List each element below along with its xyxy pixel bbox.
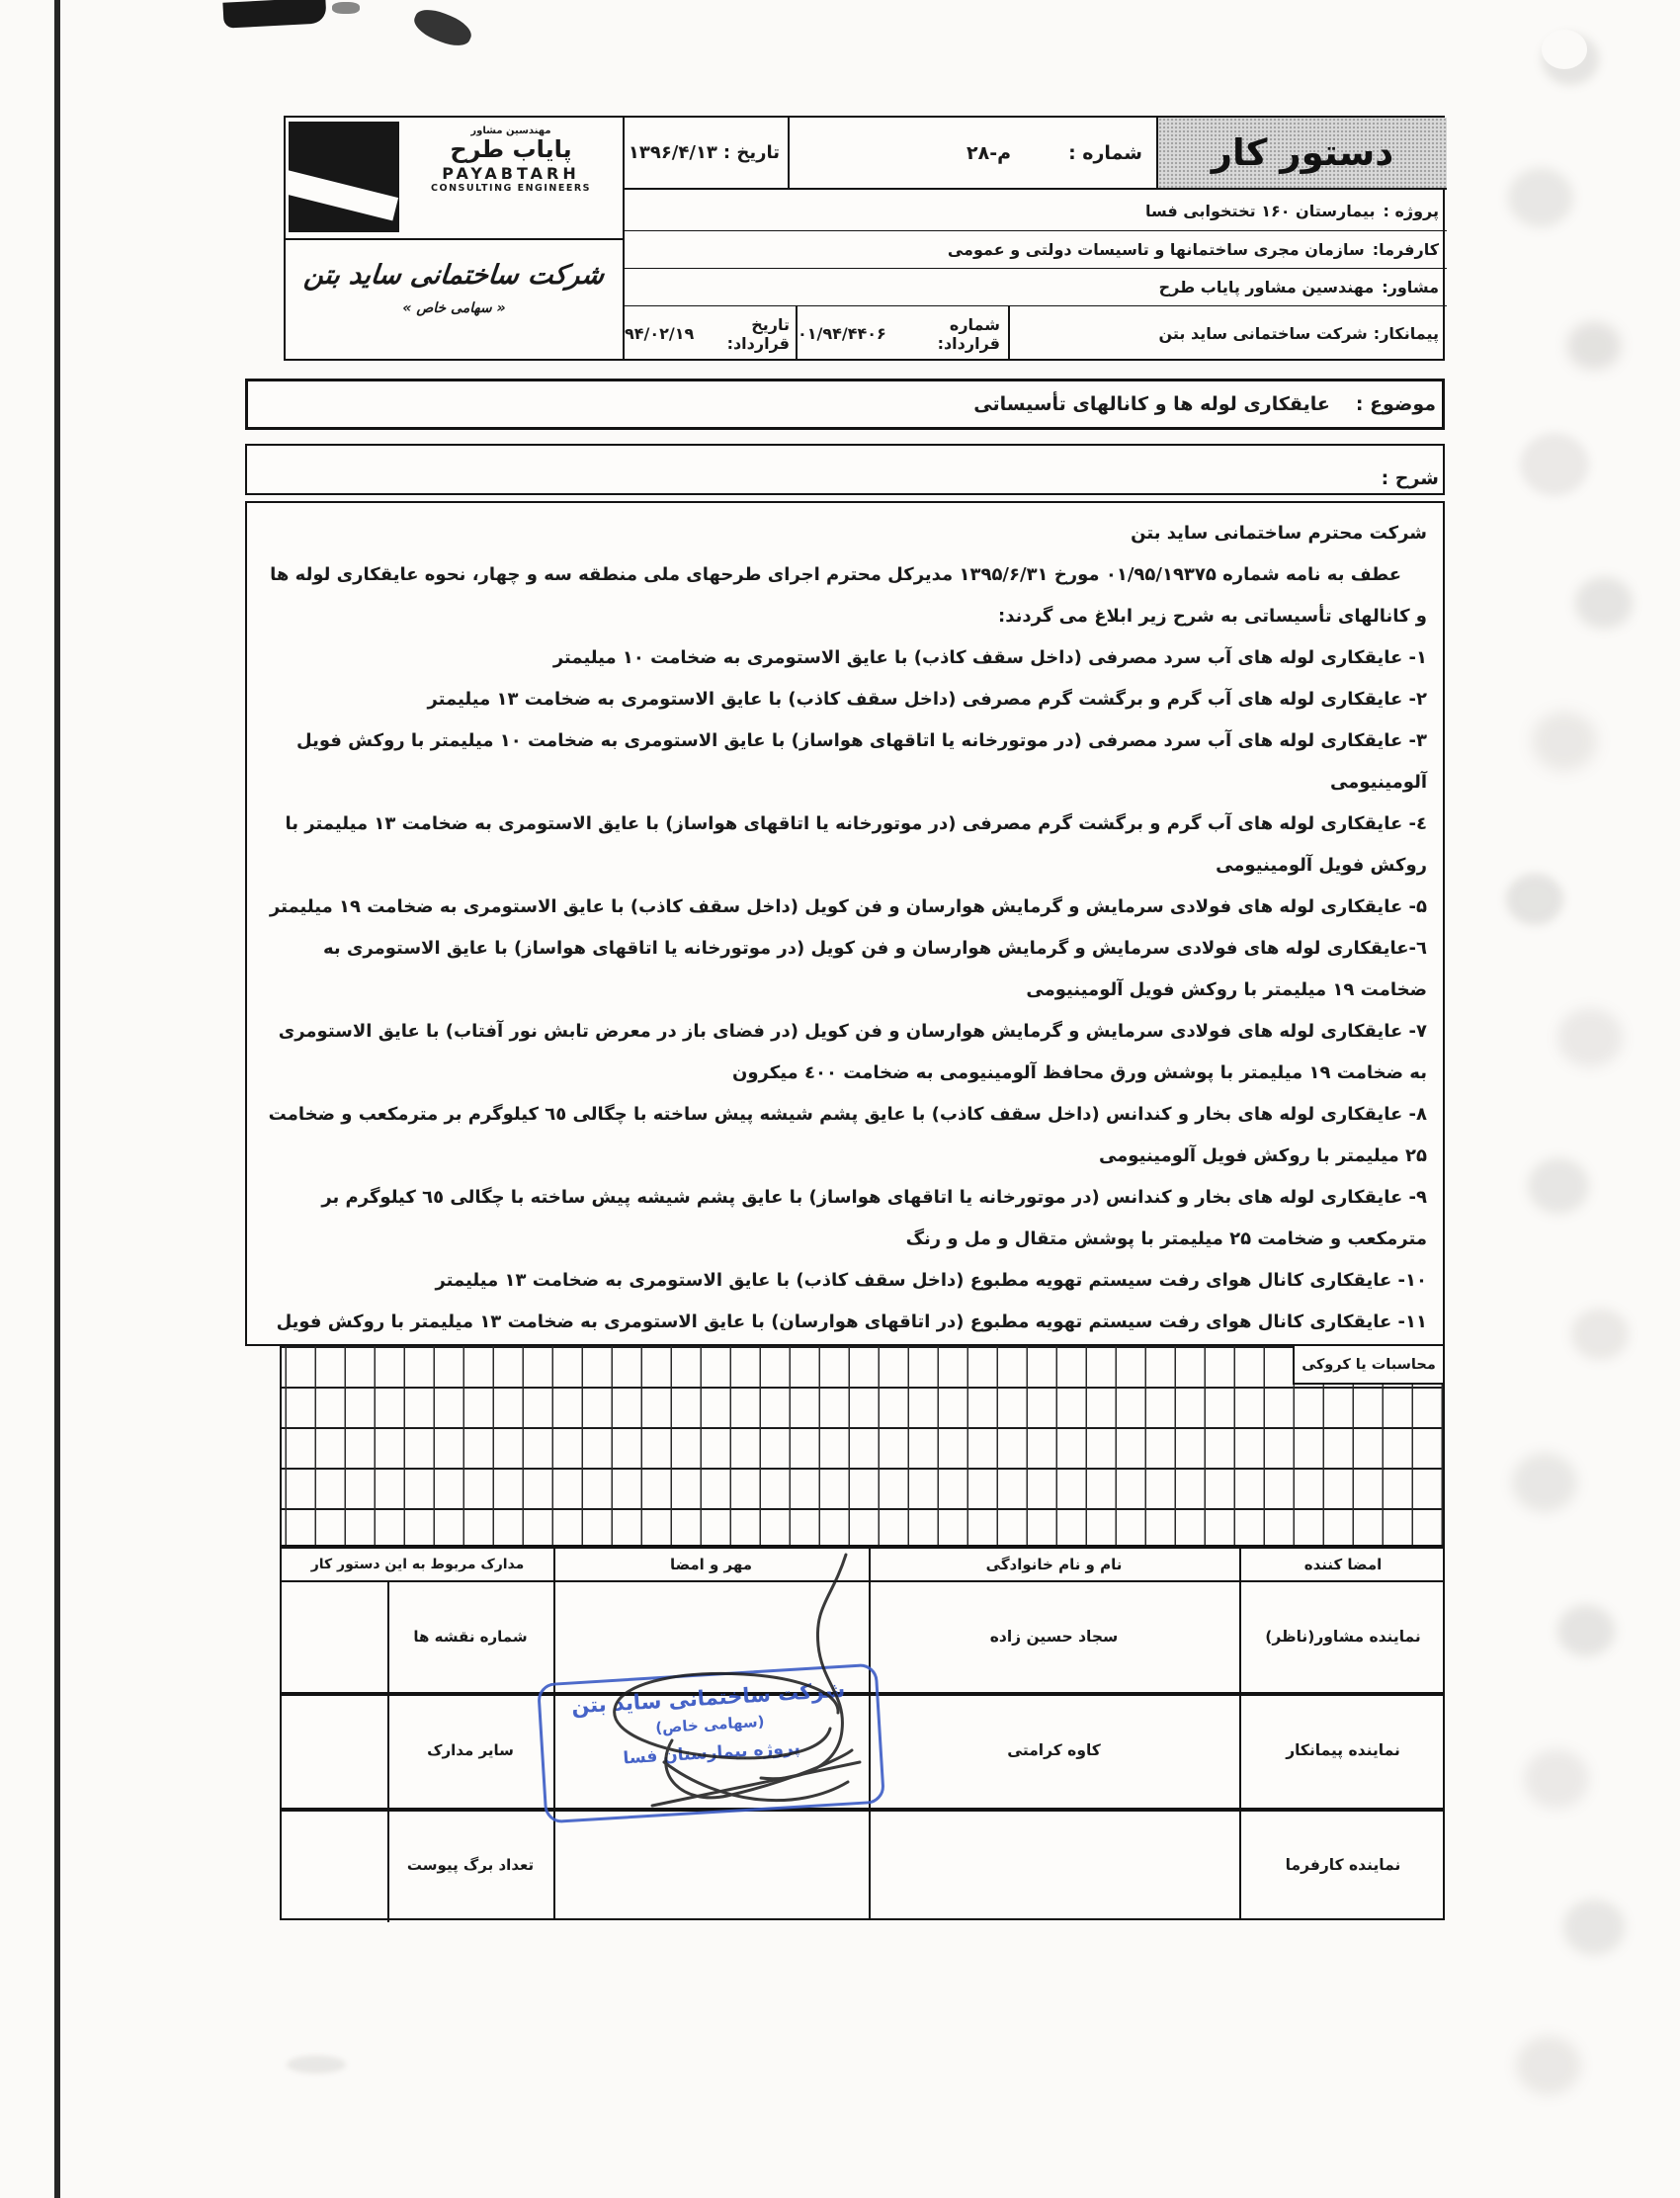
doc-label-drawing-numbers: شماره نقشه ها — [387, 1580, 553, 1692]
header-table: مهندسین مشاور پایاب طرح PAYABTARH CONSUL… — [284, 116, 1445, 361]
scan-smudges — [1542, 30, 1587, 69]
scan-artifact — [222, 0, 326, 29]
consultant-value: مهندسین مشاور پایاب طرح — [1159, 278, 1375, 296]
client-label: کارفرما: — [1373, 240, 1439, 259]
description-label: شرح : — [1382, 467, 1439, 489]
project-label: پروژه : — [1383, 202, 1439, 220]
client-row: کارفرما: سازمان مجری ساختمانها و تاسیسات… — [625, 231, 1447, 269]
logo-text-persian: پایاب طرح — [402, 136, 620, 164]
contract-number-cell: شماره قرارداد: ۰۱/۹۴/۴۴۰۶ — [796, 306, 1010, 361]
description-body: شرکت محترم ساختمانی ساید بتن عطف به نامه… — [245, 501, 1445, 1346]
description-item: ۵- عایقکاری لوله های فولادی سرمایش و گرم… — [257, 887, 1427, 928]
number-value: م-۲۸ — [966, 142, 1011, 164]
doc-label-attached-sheets: تعداد برگ پیوست — [387, 1808, 553, 1922]
scan-artifact — [410, 4, 475, 51]
number-label: شماره : — [1068, 142, 1142, 164]
logo-text-latin: PAYABTARH — [402, 164, 620, 183]
date-value: ۱۳۹۶/۴/۱۳ — [629, 142, 717, 163]
form-number-cell: شماره : م-۲۸ — [788, 118, 1156, 190]
description-label-row: شرح : — [245, 444, 1445, 495]
contract-date-cell: تاریخ قرارداد: ۹۴/۰۲/۱۹ — [625, 306, 796, 361]
scan-edge-line — [54, 0, 60, 2198]
doc-label-other-documents: سایر مدارک — [387, 1692, 553, 1808]
description-item: ۹- عایقکاری لوله های بخار و کندانس (در م… — [257, 1177, 1427, 1260]
logo-stripe — [289, 169, 398, 221]
header-signer: امضا کننده — [1239, 1549, 1447, 1580]
handwritten-signature — [534, 1547, 880, 1828]
description-item: ۱- عایقکاری لوله های آب سرد مصرفی (داخل … — [257, 637, 1427, 679]
client-value: سازمان مجری ساختمانها و تاسیسات دولتی و … — [948, 240, 1365, 259]
subject-row: موضوع : عایقکاری لوله ها و کانالهای تأسی… — [245, 379, 1445, 430]
description-item: ۳- عایقکاری لوله های آب سرد مصرفی (در مو… — [257, 720, 1427, 803]
description-intro-line: عطف به نامه شماره ۰۱/۹۵/۱۹۳۷۵ مورخ ۱۳۹۵/… — [257, 554, 1427, 637]
description-intro-line: شرکت محترم ساختمانی ساید بتن — [257, 513, 1427, 554]
contractor-cell: پیمانکار: شرکت ساختمانی ساید بتن — [1010, 306, 1447, 361]
signer-name-contractor: کاوه کرامتی — [869, 1692, 1239, 1808]
description-item: ۱۰- عایقکاری کانال هوای رفت سیستم تهویه … — [257, 1260, 1427, 1302]
contractor-value: شرکت ساختمانی ساید بتن — [1158, 324, 1367, 343]
contractor-row: پیمانکار: شرکت ساختمانی ساید بتن شماره ق… — [625, 306, 1447, 361]
contract-number-label: شماره قرارداد: — [892, 315, 1000, 353]
signer-role-client: نماینده کارفرما — [1239, 1808, 1447, 1922]
scan-artifact — [332, 2, 360, 14]
contractor-company-type: « سهامی خاص » — [286, 300, 623, 316]
subject-value: عایقکاری لوله ها و کانالهای تأسیساتی — [973, 393, 1330, 415]
description-item: ٦-عایقکاری لوله های فولادی سرمایش و گرما… — [257, 928, 1427, 1011]
consultant-logo-cell: مهندسین مشاور پایاب طرح PAYABTARH CONSUL… — [286, 118, 625, 240]
contract-number-value: ۰۱/۹۴/۴۴۰۶ — [798, 324, 886, 343]
signature-table: امضا کننده نام و نام خانوادگی مهر و امضا… — [280, 1547, 1445, 1920]
sketch-label: محاسبات یا کروکی — [1293, 1346, 1443, 1385]
signer-name-consultant: سجاد حسین زاده — [869, 1580, 1239, 1692]
contractor-label: پیمانکار: — [1374, 324, 1439, 343]
header-related-documents: مدارک مربوط به این دستور کار — [282, 1549, 553, 1580]
form-date-cell: تاریخ : ۱۳۹۶/۴/۱۳ — [625, 118, 788, 190]
scanned-work-order-page: مهندسین مشاور پایاب طرح PAYABTARH CONSUL… — [0, 0, 1680, 2198]
consultant-row: مشاور: مهندسین مشاور پایاب طرح — [625, 269, 1447, 306]
signer-role-consultant: نماینده مشاور(ناظر) — [1239, 1580, 1447, 1692]
contract-date-value: ۹۴/۰۲/۱۹ — [625, 324, 694, 343]
form-title-cell: دستور کار — [1156, 118, 1447, 190]
description-item: ۲- عایقکاری لوله های آب گرم و برگشت گرم … — [257, 679, 1427, 720]
payabtarh-logo-text: مهندسین مشاور پایاب طرح PAYABTARH CONSUL… — [402, 126, 620, 194]
date-label: تاریخ : — [723, 142, 780, 163]
contract-date-label: تاریخ قرارداد: — [700, 315, 790, 353]
sketch-grid-section: محاسبات یا کروکی — [280, 1344, 1445, 1547]
project-row: پروژه : بیمارستان ۱۶۰ تختخوابی فسا — [625, 192, 1447, 231]
description-item: ۷- عایقکاری لوله های فولادی سرمایش و گرم… — [257, 1011, 1427, 1094]
subject-label: موضوع : — [1356, 393, 1436, 415]
description-item: ٤- عایقکاری لوله های آب گرم و برگشت گرم … — [257, 803, 1427, 887]
payabtarh-logo-mark — [289, 122, 399, 232]
signer-name-client — [869, 1808, 1239, 1922]
form-title: دستور کار — [1212, 131, 1394, 174]
project-value: بیمارستان ۱۶۰ تختخوابی فسا — [1145, 202, 1376, 220]
logo-text-latin-sub: CONSULTING ENGINEERS — [402, 183, 620, 194]
description-item: ۸- عایقکاری لوله های بخار و کندانس (داخل… — [257, 1094, 1427, 1177]
consultant-label: مشاور: — [1382, 278, 1439, 296]
contractor-calligraphy-cell: شرکت ساختمانی ساید بتن « سهامی خاص » — [286, 240, 625, 361]
signer-role-contractor: نماینده پیمانکار — [1239, 1692, 1447, 1808]
scan-smudge — [287, 2056, 346, 2073]
contractor-company-name: شرکت ساختمانی ساید بتن — [284, 260, 624, 291]
header-full-name: نام و نام خانوادگی — [869, 1549, 1239, 1580]
